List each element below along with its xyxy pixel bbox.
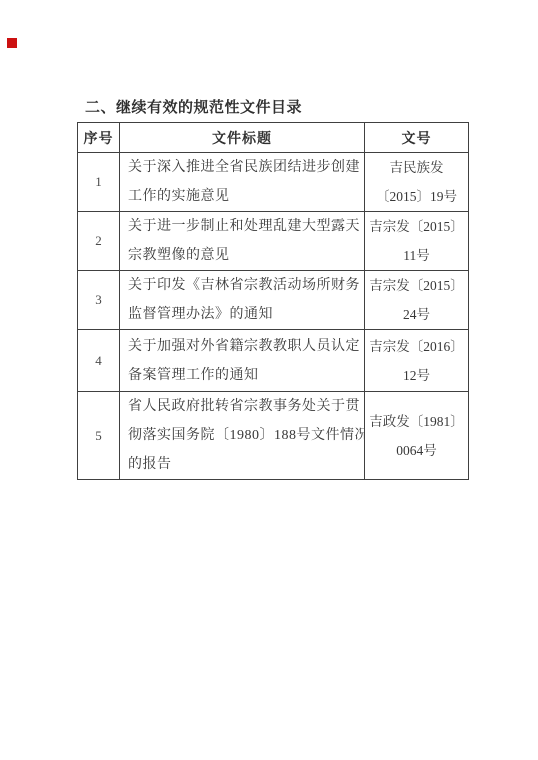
- document-title: 关于进一步制止和处理乱建大型露天 宗教塑像的意见: [120, 212, 365, 271]
- table-row: 5 省人民政府批转省宗教事务处关于贯 彻落实国务院〔1980〕188号文件情况 …: [78, 392, 469, 480]
- column-header-title: 文件标题: [120, 123, 365, 153]
- document-title: 省人民政府批转省宗教事务处关于贯 彻落实国务院〔1980〕188号文件情况 的报…: [120, 392, 365, 480]
- documents-table: 序号 文件标题 文号 1 关于深入推进全省民族团结进步创建 工作的实施意见 吉民…: [77, 122, 469, 480]
- section-heading: 二、继续有效的规范性文件目录: [85, 96, 302, 117]
- document-number: 吉政发〔1981〕 0064号: [365, 392, 469, 480]
- document-number: 吉宗发〔2015〕 11号: [365, 212, 469, 271]
- table-row: 1 关于深入推进全省民族团结进步创建 工作的实施意见 吉民族发 〔2015〕19…: [78, 153, 469, 212]
- table-row: 4 关于加强对外省籍宗教教职人员认定 备案管理工作的通知 吉宗发〔2016〕 1…: [78, 330, 469, 392]
- document-page: 二、继续有效的规范性文件目录 序号 文件标题 文号 1 关于深入推进全省民族团结…: [0, 0, 538, 760]
- document-title: 关于深入推进全省民族团结进步创建 工作的实施意见: [120, 153, 365, 212]
- document-title: 关于印发《吉林省宗教活动场所财务 监督管理办法》的通知: [120, 271, 365, 330]
- red-corner-marker: [7, 38, 17, 48]
- document-number: 吉宗发〔2015〕 24号: [365, 271, 469, 330]
- row-number: 1: [78, 153, 120, 212]
- document-title: 关于加强对外省籍宗教教职人员认定 备案管理工作的通知: [120, 330, 365, 392]
- table-row: 3 关于印发《吉林省宗教活动场所财务 监督管理办法》的通知 吉宗发〔2015〕 …: [78, 271, 469, 330]
- column-header-docno: 文号: [365, 123, 469, 153]
- document-number: 吉民族发 〔2015〕19号: [365, 153, 469, 212]
- row-number: 2: [78, 212, 120, 271]
- row-number: 5: [78, 392, 120, 480]
- row-number: 3: [78, 271, 120, 330]
- document-number: 吉宗发〔2016〕 12号: [365, 330, 469, 392]
- column-header-number: 序号: [78, 123, 120, 153]
- row-number: 4: [78, 330, 120, 392]
- table-row: 2 关于进一步制止和处理乱建大型露天 宗教塑像的意见 吉宗发〔2015〕 11号: [78, 212, 469, 271]
- table-header-row: 序号 文件标题 文号: [78, 123, 469, 153]
